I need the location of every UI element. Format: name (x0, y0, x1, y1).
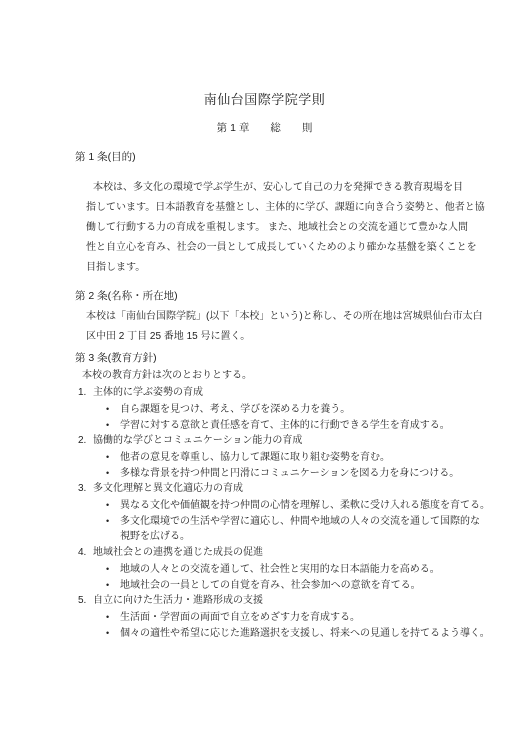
bullet-icon: • (106, 401, 120, 417)
policy-bullet-text: 個々の適性や希望に応じた進路選択を支援し、将来への見通しを持てるよう導く。 (120, 628, 490, 639)
article-3-heading: 第 3 条(教育方針) (75, 351, 157, 365)
policy-bullet-row: •生活面・学習面の両面で自立をめざす力を育成する。 (0, 609, 529, 625)
document-page: 南仙台国際学院学則 第 1 章 総 則 第 1 条(目的) 本校は、多文化の環境… (0, 0, 529, 748)
text-line: 目指します。 (86, 258, 485, 278)
bullet-icon: • (106, 513, 120, 529)
policy-bullet-row: •異なる文化や価値観を持つ仲間の心情を理解し、柔軟に受け入れる態度を育てる。 (0, 497, 529, 513)
policy-item-row: 3.多文化理解と異文化適応力の育成 (0, 481, 529, 497)
policy-bullet-text: 視野を広げる。 (120, 531, 190, 542)
text-line: 性と自立心を育み、社会の一員として成長していくためのより確かな基盤を築くことを (86, 238, 485, 258)
text-line: 本校は、多文化の環境で学ぶ学生が、安心して自己の力を発揮できる教育現場を目 (86, 178, 485, 198)
bullet-icon: • (106, 577, 120, 593)
chapter-heading: 第 1 章 総 則 (0, 121, 529, 135)
policy-bullet-row: •他者の意見を尊重し、協力して課題に取り組む姿勢を育む。 (0, 449, 529, 465)
bullet-icon: • (106, 417, 120, 433)
policy-bullet-text: 多文化環境での生活や学習に適応し、仲間や地域の人々の交流を通して国際的な (120, 516, 480, 527)
policy-item-number: 3. (78, 481, 93, 497)
policy-bullet-row: •多様な背景を持つ仲間と円滑にコミュニケーションを図る力を身につける。 (0, 465, 529, 481)
policy-item-title: 協働的な学びとコミュニケーション能力の育成 (93, 435, 302, 446)
text-line: 働して行動する力の育成を重視します。 また、地域社会との交流を通じて豊かな人間 (86, 218, 485, 238)
text-line: 指しています。日本語教育を基盤とし、主体的に学び、課題に向き合う姿勢と、他者と協 (86, 198, 485, 218)
policy-bullet-text: 地域社会の一員としての自覚を育み、社会参加への意欲を育てる。 (120, 580, 421, 591)
text-line: 区中田 2 丁目 25 番地 15 号に置く。 (86, 327, 483, 347)
article-1-body: 本校は、多文化の環境で学ぶ学生が、安心して自己の力を発揮できる教育現場を目指して… (86, 178, 485, 278)
bullet-icon: • (106, 465, 120, 481)
policy-bullet-row: •自ら課題を見つけ、考え、学びを深める力を養う。 (0, 401, 529, 417)
policy-item-title: 自立に向けた生活力・進路形成の支援 (93, 595, 263, 606)
policy-item-row: 2.協働的な学びとコミュニケーション能力の育成 (0, 433, 529, 449)
policy-item-number: 2. (78, 433, 93, 449)
policy-item-number: 4. (78, 545, 93, 561)
policy-item-row: 5.自立に向けた生活力・進路形成の支援 (0, 593, 529, 609)
policy-bullet-row: •地域社会の一員としての自覚を育み、社会参加への意欲を育てる。 (0, 577, 529, 593)
document-title: 南仙台国際学院学則 (0, 92, 529, 107)
policy-bullet-text: 多様な背景を持つ仲間と円滑にコミュニケーションを図る力を身につける。 (120, 468, 459, 479)
policy-bullet-row: •個々の適性や希望に応じた進路選択を支援し、将来への見通しを持てるよう導く。 (0, 625, 529, 641)
article-3-intro: 本校の教育方針は次のとおりとする。 (82, 369, 252, 383)
article-2-heading: 第 2 条(名称・所在地) (75, 289, 178, 303)
bullet-icon: • (106, 561, 120, 577)
policy-item-title: 主体的に学ぶ姿勢の育成 (93, 387, 203, 398)
education-policy-list: 1.主体的に学ぶ姿勢の育成•自ら課題を見つけ、考え、学びを深める力を養う。•学習… (0, 385, 529, 641)
text-line: 本校は「南仙台国際学院」(以下「本校」という)と称し、その所在地は宮城県仙台市太… (86, 307, 483, 327)
bullet-icon: • (106, 609, 120, 625)
policy-item-title: 地域社会との連携を通じた成長の促進 (93, 547, 263, 558)
policy-bullet-text: 他者の意見を尊重し、協力して課題に取り組む姿勢を育む。 (120, 452, 390, 463)
policy-item-row: 4.地域社会との連携を通じた成長の促進 (0, 545, 529, 561)
policy-item-number: 1. (78, 385, 93, 401)
policy-item-title: 多文化理解と異文化適応力の育成 (93, 483, 243, 494)
bullet-icon: • (106, 497, 120, 513)
article-1-heading: 第 1 条(目的) (75, 150, 136, 164)
policy-item-number: 5. (78, 593, 93, 609)
policy-bullet-text: 地域の人々との交流を通して、社会性と実用的な日本語能力を高める。 (120, 564, 440, 575)
policy-bullet-row: •地域の人々との交流を通して、社会性と実用的な日本語能力を高める。 (0, 561, 529, 577)
bullet-icon: • (106, 625, 120, 641)
policy-item-row: 1.主体的に学ぶ姿勢の育成 (0, 385, 529, 401)
policy-bullet-text: 自ら課題を見つけ、考え、学びを深める力を養う。 (120, 404, 350, 415)
article-2-body: 本校は「南仙台国際学院」(以下「本校」という)と称し、その所在地は宮城県仙台市太… (86, 307, 483, 347)
policy-bullet-text: 生活面・学習面の両面で自立をめざす力を育成する。 (120, 612, 360, 623)
bullet-icon: • (106, 449, 120, 465)
policy-bullet-text: 学習に対する意欲と責任感を育て、主体的に行動できる学生を育成する。 (120, 420, 450, 431)
policy-bullet-row: •学習に対する意欲と責任感を育て、主体的に行動できる学生を育成する。 (0, 417, 529, 433)
policy-bullet-continuation: 視野を広げる。 (0, 529, 529, 545)
policy-bullet-text: 異なる文化や価値観を持つ仲間の心情を理解し、柔軟に受け入れる態度を育てる。 (120, 500, 490, 511)
policy-bullet-row: •多文化環境での生活や学習に適応し、仲間や地域の人々の交流を通して国際的な (0, 513, 529, 529)
